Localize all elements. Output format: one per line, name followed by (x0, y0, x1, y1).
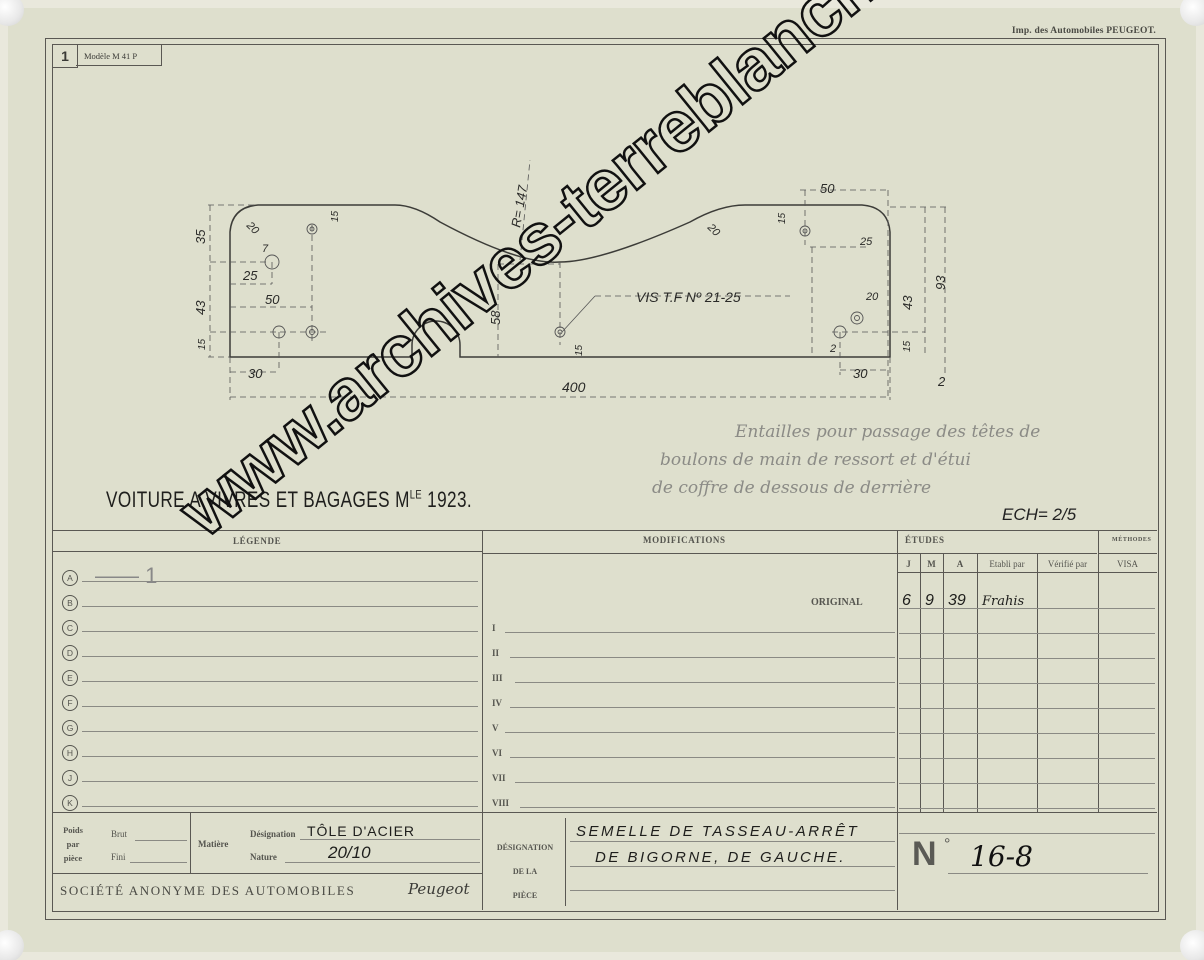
col-header-j: J (897, 559, 920, 569)
signature: Frahis (982, 594, 1024, 609)
col-header-visa: VISA (1098, 559, 1157, 569)
legende-marker-b: B (62, 595, 78, 611)
part-number: 16-8 (970, 840, 1033, 873)
modification-row-8[interactable] (520, 807, 895, 808)
designation-divider (565, 818, 566, 906)
poids-label: Poidsparpièce (58, 823, 88, 865)
svg-text:25: 25 (859, 236, 873, 248)
modification-label-7: VII (492, 773, 506, 783)
leader-line (562, 296, 595, 332)
note-line-3: de coffre de dessous de derrière (652, 478, 931, 498)
number-degree: ° (944, 836, 950, 854)
modifications-header: MODIFICATIONS (643, 535, 726, 545)
dim-400: 400 (562, 379, 586, 395)
legende-header: LÉGENDE (233, 536, 281, 546)
methodes-header: MÉTHODES (1112, 537, 1151, 543)
divider-2 (897, 530, 898, 910)
etudes-row-10 (899, 833, 1155, 834)
svg-text:50: 50 (820, 181, 835, 196)
svg-text:20: 20 (704, 221, 722, 239)
piece-name-line-1: SEMELLE DE TASSEAU-ARRÊT (576, 823, 859, 840)
modification-row-3[interactable] (515, 682, 895, 683)
modification-row-2[interactable] (510, 657, 895, 658)
svg-text:20: 20 (243, 219, 261, 237)
legende-entry-a: —— 1 (95, 563, 157, 589)
legende-row-g[interactable] (82, 731, 478, 732)
fini-field[interactable] (130, 862, 187, 863)
legende-marker-a: A (62, 570, 78, 586)
number-prefix: N (912, 835, 937, 874)
legende-marker-c: C (62, 620, 78, 636)
designation-rule (300, 839, 480, 840)
grid-middle (52, 812, 1157, 813)
modification-label-4: IV (492, 698, 502, 708)
legende-row-b[interactable] (82, 606, 478, 607)
fini-label: Fini (111, 852, 126, 862)
modification-label-1: I (492, 623, 496, 633)
modification-label-2: II (492, 648, 499, 658)
svg-text:43: 43 (900, 295, 915, 310)
brut-label: Brut (111, 829, 127, 839)
legende-marker-g: G (62, 720, 78, 736)
legende-row-h[interactable] (82, 756, 478, 757)
note-line-1: Entailles pour passage des têtes de (735, 422, 1040, 442)
legende-row-k[interactable] (82, 806, 478, 807)
svg-text:15: 15 (574, 344, 585, 356)
designation-value: TÔLE D'ACIER (307, 823, 415, 839)
svg-text:25: 25 (242, 268, 258, 283)
legende-row-f[interactable] (82, 706, 478, 707)
etudes-rule (897, 553, 1097, 554)
peugeot-logo: Peugeot (408, 880, 470, 898)
footer-rule (52, 873, 482, 874)
company-name: SOCIÉTÉ ANONYME DES AUTOMOBILES (60, 883, 355, 899)
svg-text:2: 2 (829, 343, 836, 355)
svg-text:35: 35 (193, 229, 208, 244)
legende-row-d[interactable] (82, 656, 478, 657)
legende-marker-e: E (62, 670, 78, 686)
svg-text:15: 15 (330, 210, 341, 222)
original-label: ORIGINAL (811, 597, 863, 608)
col-header-etabli: Etabli par (977, 559, 1037, 569)
piece-rule-1 (570, 841, 895, 842)
modification-label-3: III (492, 673, 503, 683)
modification-label-5: V (492, 723, 499, 733)
modification-label-6: VI (492, 748, 502, 758)
piece-rule-3 (570, 890, 895, 891)
col-header-m: M (920, 559, 943, 569)
modification-label-8: VIII (492, 798, 509, 808)
svg-text:7: 7 (262, 243, 269, 255)
piece-designation-label: DÉSIGNATIONDE LAPIÈCE (488, 836, 562, 908)
svg-text:15: 15 (777, 212, 788, 224)
designation-label: Désignation (250, 829, 296, 839)
col-header-verifie: Vérifié par (1037, 559, 1098, 569)
divider-1 (482, 530, 483, 910)
legende-row-j[interactable] (82, 781, 478, 782)
note-line-2: boulons de main de ressort et d'étui (660, 450, 971, 470)
etudes-row-2 (899, 633, 1155, 634)
svg-text:15: 15 (902, 340, 913, 352)
etudes-row-5 (899, 708, 1155, 709)
number-rule (948, 873, 1148, 874)
etudes-row-1 (899, 608, 1155, 609)
etudes-header: ÉTUDES (905, 535, 945, 545)
legende-marker-k: K (62, 795, 78, 811)
etudes-row-7 (899, 758, 1155, 759)
modification-row-5[interactable] (505, 732, 895, 733)
etudes-row-8 (899, 783, 1155, 784)
svg-text:50: 50 (265, 292, 280, 307)
legende-marker-h: H (62, 745, 78, 761)
col-header-a: A (943, 559, 977, 569)
legende-marker-j: J (62, 770, 78, 786)
svg-text:15: 15 (197, 338, 208, 350)
nature-rule (285, 862, 480, 863)
scale-label: ECH= 2/5 (1002, 505, 1076, 525)
piece-rule-2 (570, 866, 895, 867)
svg-text:30: 30 (248, 366, 263, 381)
mod-header-rule (482, 553, 897, 554)
legende-row-e[interactable] (82, 681, 478, 682)
svg-text:20: 20 (865, 291, 879, 303)
legende-marker-f: F (62, 695, 78, 711)
nature-value: 20/10 (328, 843, 371, 863)
svg-text:2: 2 (937, 374, 946, 389)
svg-text:43: 43 (193, 300, 208, 315)
modification-row-7[interactable] (515, 782, 895, 783)
nature-label: Nature (250, 852, 277, 862)
etudes-row-6 (899, 733, 1155, 734)
cols-rule (897, 572, 1157, 573)
screw-label: VIS T.F Nº 21-25 (636, 289, 741, 305)
matiere-label: Matière (198, 839, 228, 849)
etudes-row-3 (899, 658, 1155, 659)
brut-field[interactable] (135, 840, 187, 841)
etudes-row-4 (899, 683, 1155, 684)
modification-row-4[interactable] (510, 707, 895, 708)
legende-row-c[interactable] (82, 631, 478, 632)
poids-divider (190, 812, 191, 873)
legende-header-rule (52, 551, 482, 552)
svg-text:93: 93 (933, 275, 948, 290)
legende-marker-d: D (62, 645, 78, 661)
piece-name-line-2: DE BIGORNE, DE GAUCHE. (595, 849, 846, 866)
modification-row-6[interactable] (510, 757, 895, 758)
svg-text:30: 30 (853, 366, 868, 381)
etudes-row-9 (899, 808, 1155, 809)
methodes-rule (1098, 553, 1157, 554)
modification-row-1[interactable] (505, 632, 895, 633)
